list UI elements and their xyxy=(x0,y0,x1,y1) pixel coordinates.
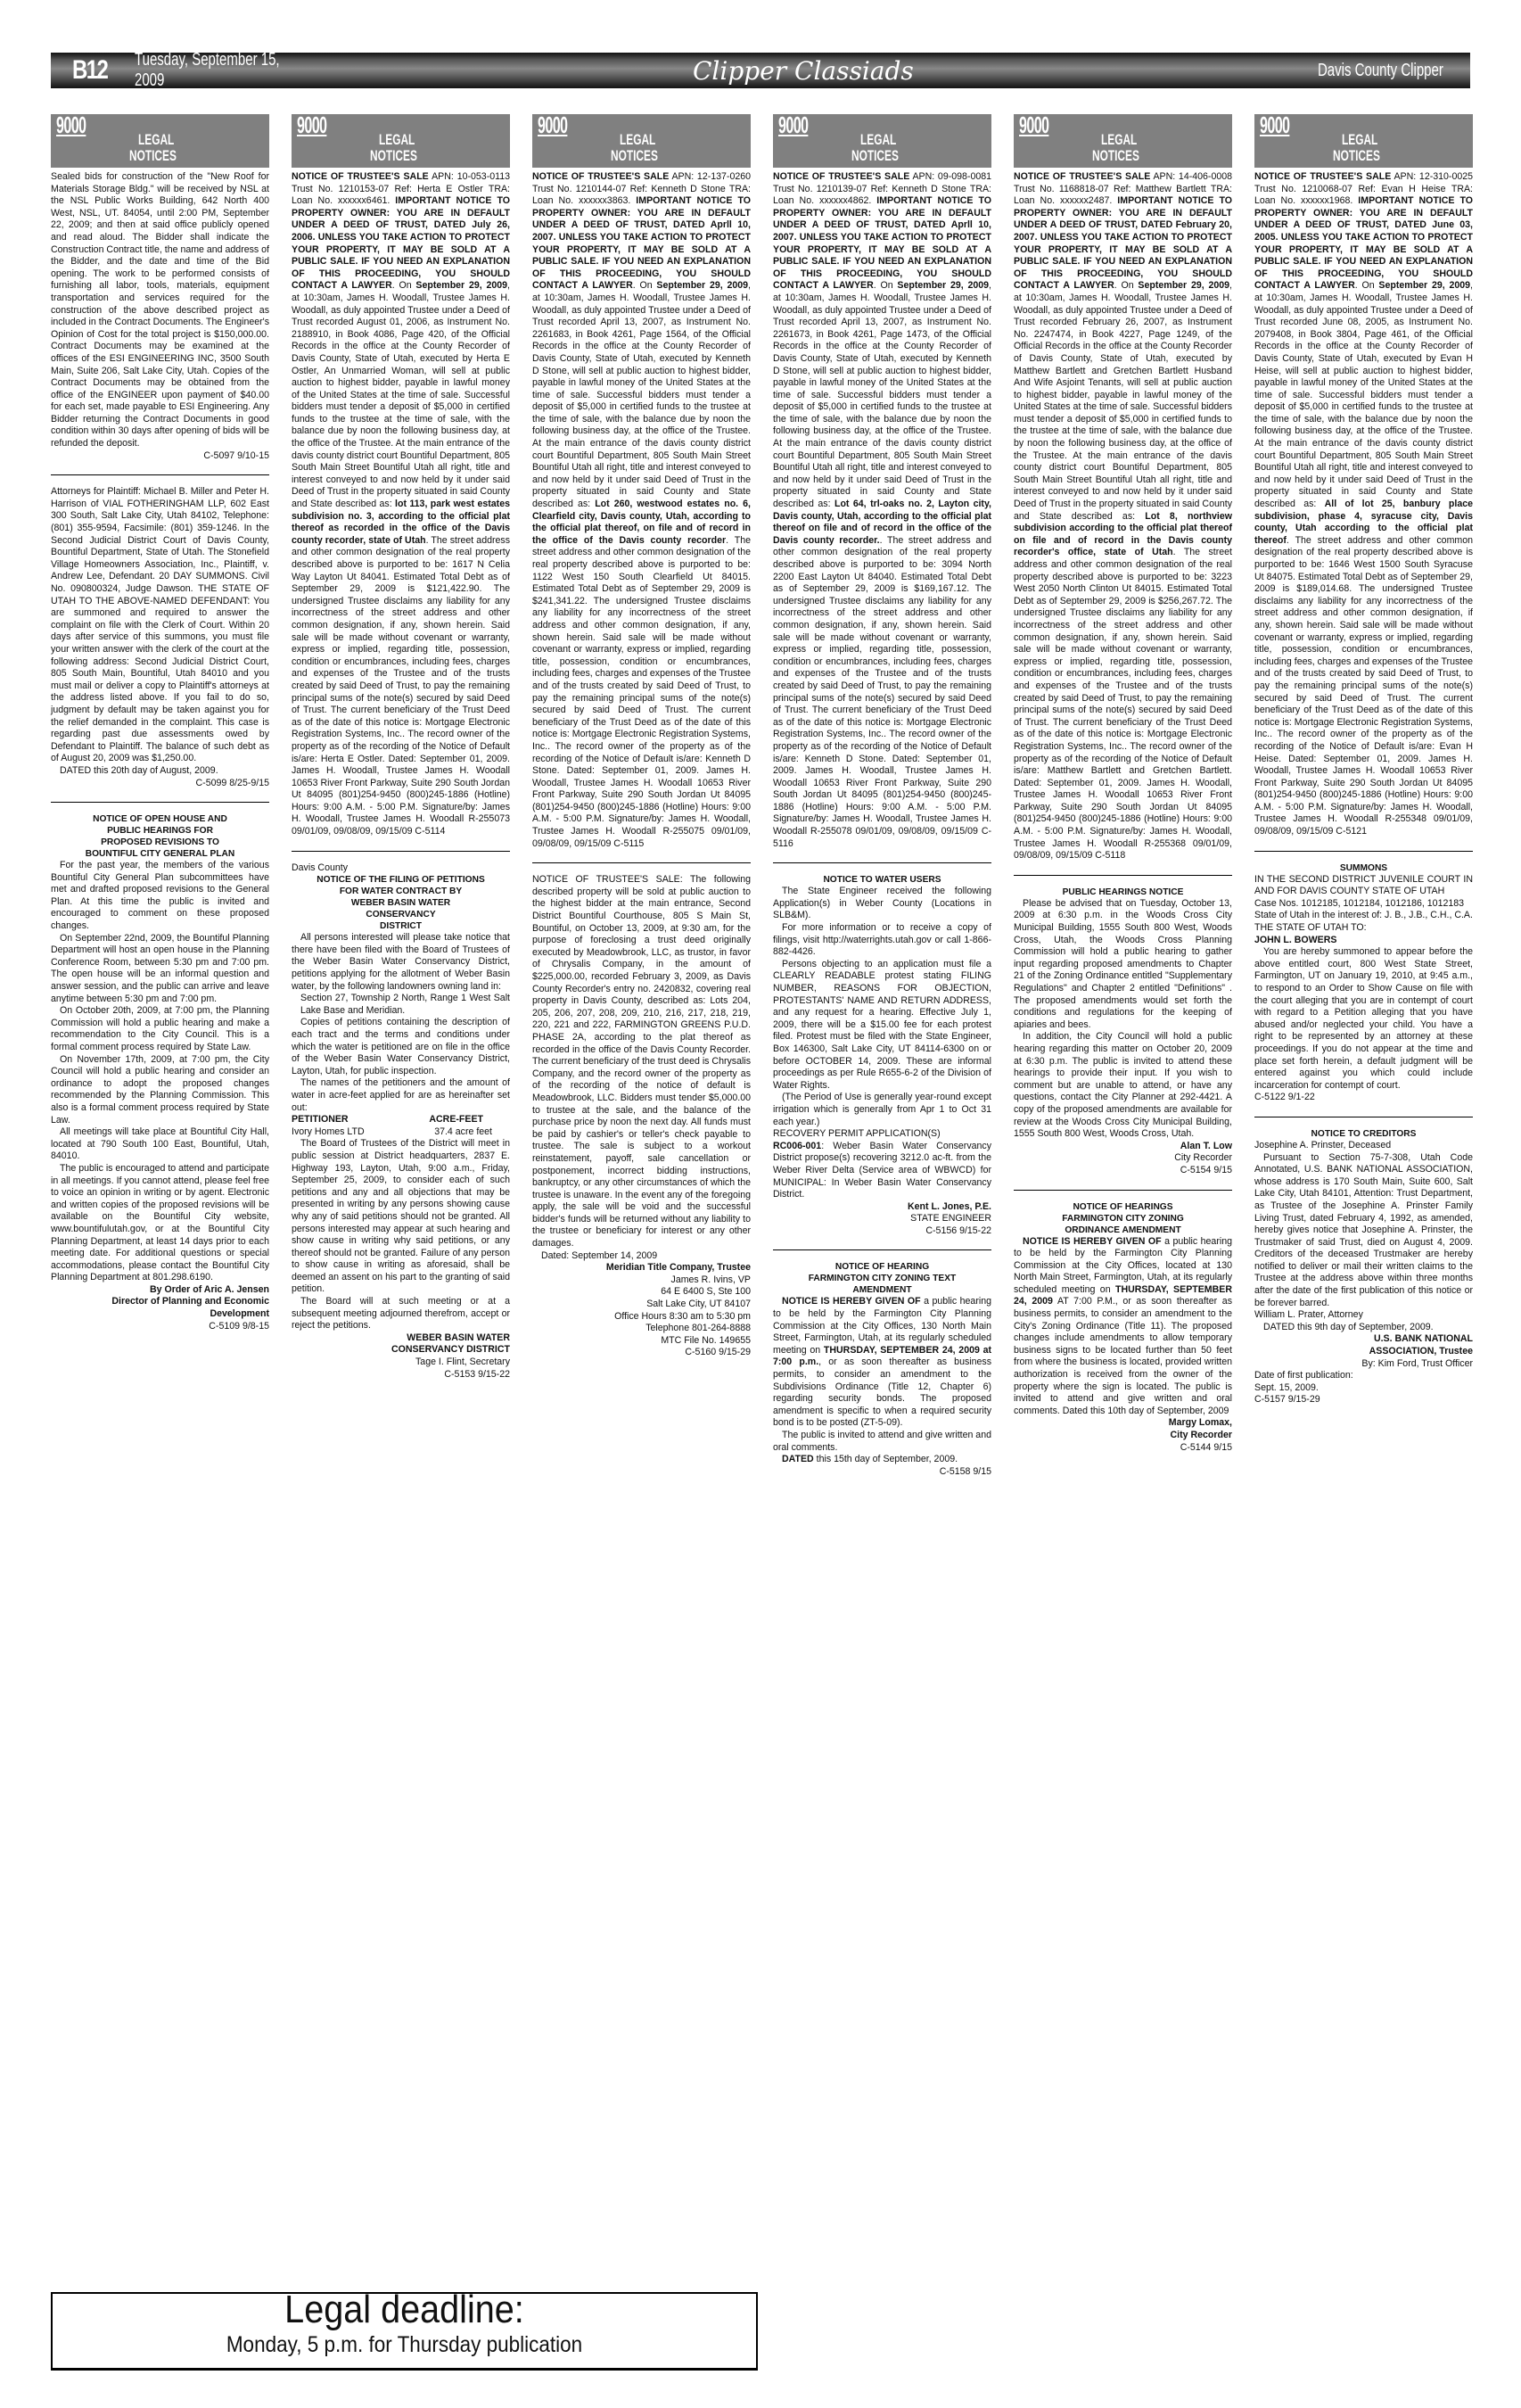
notice-code: C-5099 8/25-9/15 xyxy=(51,778,269,790)
legal-notices-banner: 9000 LEGAL NOTICES xyxy=(1254,114,1473,168)
notice-heading: NOTICE OF HEARING xyxy=(773,1261,991,1273)
notice-trustee-sale-stone-1: NOTICE OF TRUSTEE'S SALE APN: 12-137-026… xyxy=(532,171,751,850)
sale-date: September 29, 2009 xyxy=(656,280,748,291)
notice-heading: NOTICE OF THE FILING OF PETITIONS xyxy=(292,874,510,886)
notice-heading: ORDINANCE AMENDMENT xyxy=(1014,1225,1232,1236)
category-label-1: LEGAL xyxy=(1342,134,1377,146)
category-label-1: LEGAL xyxy=(379,134,415,146)
column-1: 9000 LEGAL NOTICES Sealed bids for const… xyxy=(51,114,269,1338)
column-3: 9000 LEGAL NOTICES NOTICE OF TRUSTEE'S S… xyxy=(532,114,751,1365)
notice-trustee-sale-stone-2: NOTICE OF TRUSTEE'S SALE APN: 09-098-008… xyxy=(773,171,991,850)
notice-heading: AMENDMENT xyxy=(773,1284,991,1296)
masthead: B12 Tuesday, September 15, 2009 Clipper … xyxy=(51,53,1470,88)
category-label-2: NOTICES xyxy=(129,150,177,162)
category-label-1: LEGAL xyxy=(138,134,174,146)
category-label-2: NOTICES xyxy=(611,150,658,162)
notice-lead: NOTICE OF TRUSTEE'S SALE xyxy=(292,171,429,182)
notice-code: C-5157 9/15-29 xyxy=(1254,1394,1473,1406)
divider xyxy=(1014,875,1232,876)
notice-code: C-5122 9/1-22 xyxy=(1254,1092,1473,1104)
notice-summons-bowers: SUMMONS IN THE SECOND DISTRICT JUVENILE … xyxy=(1254,862,1473,1104)
column-4: 9000 LEGAL NOTICES NOTICE OF TRUSTEE'S S… xyxy=(773,114,991,1483)
sale-date: September 29, 2009 xyxy=(415,280,507,291)
notice-paragraph: On October 20th, 2009, at 7:00 pm, the P… xyxy=(51,1005,269,1053)
divider xyxy=(1254,1117,1473,1117)
sale-date: September 29, 2009 xyxy=(897,280,989,291)
divider xyxy=(51,474,269,475)
divider xyxy=(51,802,269,803)
divider xyxy=(773,1249,991,1250)
notice-dated: DATED this 20th day of August, 2009. xyxy=(51,765,269,778)
notice-heading: PUBLIC HEARINGS FOR xyxy=(51,825,269,837)
deadline-subtitle: Monday, 5 p.m. for Thursday publication xyxy=(87,2331,720,2358)
notice-heading: FOR WATER CONTRACT BY xyxy=(292,886,510,897)
notice-lead: NOTICE OF TRUSTEE'S SALE xyxy=(1254,171,1391,182)
notice-trustee-sale-meadowbrook: NOTICE OF TRUSTEE'S SALE: The following … xyxy=(532,874,751,1359)
legal-deadline-box: Legal deadline: Monday, 5 p.m. for Thurs… xyxy=(51,2292,758,2371)
notice-heading: NOTICE OF OPEN HOUSE AND xyxy=(51,813,269,825)
notice-trustee-sale-heise: NOTICE OF TRUSTEE'S SALE APN: 12-310-002… xyxy=(1254,171,1473,838)
legal-notices-banner: 9000 LEGAL NOTICES xyxy=(532,114,751,168)
notice-code: C-5097 9/10-15 xyxy=(51,450,269,463)
notice-lead: NOTICE OF TRUSTEE'S SALE xyxy=(1014,171,1150,182)
important-notice: IMPORTANT NOTICE TO PROPERTY OWNER: YOU … xyxy=(773,195,991,291)
section-title: Clipper Classiads xyxy=(693,56,914,86)
notice-heading: DISTRICT xyxy=(292,920,510,932)
important-notice: IMPORTANT NOTICE TO PROPERTY OWNER: YOU … xyxy=(532,195,751,291)
notice-paragraph: On September 22nd, 2009, the Bountiful P… xyxy=(51,933,269,1006)
divider xyxy=(292,851,510,852)
notice-heading: NOTICE TO CREDITORS xyxy=(1254,1128,1473,1140)
important-notice: IMPORTANT NOTICE TO PROPERTY OWNER: YOU … xyxy=(1254,195,1473,291)
notice-trustee-sale-ostler: NOTICE OF TRUSTEE'S SALE APN: 10-053-011… xyxy=(292,171,510,838)
legal-notices-banner: 9000 LEGAL NOTICES xyxy=(773,114,991,168)
divider xyxy=(532,862,751,863)
notice-public-hearings-woods-cross: PUBLIC HEARINGS NOTICE Please be advised… xyxy=(1014,887,1232,1177)
category-number: 9000 xyxy=(538,120,567,132)
category-label-2: NOTICES xyxy=(1333,150,1380,162)
column-2: 9000 LEGAL NOTICES NOTICE OF TRUSTEE'S S… xyxy=(292,114,510,1386)
notice-heading: NOTICE OF HEARINGS xyxy=(1014,1201,1232,1213)
category-label-1: LEGAL xyxy=(860,134,896,146)
important-notice: IMPORTANT NOTICE TO PROPERTY OWNER: YOU … xyxy=(1014,195,1232,291)
legal-notices-banner: 9000 LEGAL NOTICES xyxy=(51,114,269,168)
legal-notices-banner: 9000 LEGAL NOTICES xyxy=(1014,114,1232,168)
notice-farmington-text-amendment: NOTICE OF HEARING FARMINGTON CITY ZONING… xyxy=(773,1261,991,1478)
notice-paragraph: On November 17th, 2009, at 7:00 pm, the … xyxy=(51,1054,269,1127)
sale-date: September 29, 2009 xyxy=(1378,280,1470,291)
category-label-2: NOTICES xyxy=(851,150,899,162)
notice-paragraph: The public is encouraged to attend and p… xyxy=(51,1163,269,1284)
notice-body: Attorneys for Plaintiff: Michael B. Mill… xyxy=(51,486,269,765)
column-6: 9000 LEGAL NOTICES NOTICE OF TRUSTEE'S S… xyxy=(1254,114,1473,1412)
notice-heading: WEBER BASIN WATER xyxy=(292,897,510,909)
notice-farmington-zoning-ordinance: NOTICE OF HEARINGS FARMINGTON CITY ZONIN… xyxy=(1014,1201,1232,1455)
notice-heading: FARMINGTON CITY ZONING TEXT xyxy=(773,1273,991,1284)
notice-trustee-sale-bartlett: NOTICE OF TRUSTEE'S SALE APN: 14-406-000… xyxy=(1014,171,1232,862)
notice-heading: NOTICE TO WATER USERS xyxy=(773,874,991,886)
category-number: 9000 xyxy=(1019,120,1048,132)
notice-weber-basin-petitions: Davis County NOTICE OF THE FILING OF PET… xyxy=(292,862,510,1381)
deadline-title: Legal deadline: xyxy=(87,2288,720,2331)
petition-table-header: PETITIONER ACRE-FEET xyxy=(292,1114,510,1126)
issue-date: Tuesday, September 15, 2009 xyxy=(135,50,308,91)
notice-heading: CONSERVANCY xyxy=(292,909,510,920)
notice-heading: PUBLIC HEARINGS NOTICE xyxy=(1014,887,1232,898)
notice-signature: Director of Planning and Economic Develo… xyxy=(51,1296,269,1320)
notice-signature: By Order of Aric A. Jensen xyxy=(51,1284,269,1297)
notice-lead: NOTICE OF TRUSTEE'S SALE xyxy=(532,171,669,182)
notice-body: Sealed bids for construction of the "New… xyxy=(51,171,269,450)
notice-general-plan: NOTICE OF OPEN HOUSE AND PUBLIC HEARINGS… xyxy=(51,813,269,1332)
notice-code: C-5160 9/15-29 xyxy=(532,1347,751,1359)
notice-code: C-5109 9/8-15 xyxy=(51,1321,269,1333)
notice-heading: PROPOSED REVISIONS TO xyxy=(51,837,269,848)
divider xyxy=(1254,851,1473,852)
category-label-2: NOTICES xyxy=(370,150,417,162)
notice-heading: SUMMONS xyxy=(1254,862,1473,874)
page-number: B12 xyxy=(72,55,122,86)
notice-code: C-5154 9/15 xyxy=(1014,1165,1232,1177)
category-number: 9000 xyxy=(778,120,808,132)
category-number: 9000 xyxy=(1260,120,1289,132)
category-number: 9000 xyxy=(297,120,326,132)
notice-paragraph: All meetings will take place at Bountifu… xyxy=(51,1126,269,1163)
sale-date: September 29, 2009 xyxy=(1138,280,1229,291)
category-label-1: LEGAL xyxy=(620,134,655,146)
legal-notices-banner: 9000 LEGAL NOTICES xyxy=(292,114,510,168)
notice-code: C-5158 9/15 xyxy=(773,1466,991,1479)
divider xyxy=(1014,1190,1232,1191)
notice-paragraph: For the past year, the members of the va… xyxy=(51,860,269,933)
notice-code: C-5156 9/15-22 xyxy=(773,1225,991,1238)
notice-lead: NOTICE OF TRUSTEE'S SALE xyxy=(773,171,909,182)
category-label-2: NOTICES xyxy=(1092,150,1139,162)
notice-sealed-bids: Sealed bids for construction of the "New… xyxy=(51,171,269,462)
important-notice: IMPORTANT NOTICE TO PROPERTY OWNER: YOU … xyxy=(292,195,510,291)
notice-summons-stonefield: Attorneys for Plaintiff: Michael B. Mill… xyxy=(51,486,269,789)
notice-heading: FARMINGTON CITY ZONING xyxy=(1014,1213,1232,1225)
divider xyxy=(773,862,991,863)
notice-code: C-5144 9/15 xyxy=(1014,1442,1232,1455)
paper-name: Davis County Clipper xyxy=(1318,61,1443,81)
notice-to-creditors: NOTICE TO CREDITORS Josephine A. Prinste… xyxy=(1254,1128,1473,1406)
notice-code: C-5153 9/15-22 xyxy=(292,1369,510,1381)
petition-table-row: Ivory Homes LTD 37.4 acre feet xyxy=(292,1126,510,1139)
notice-water-users: NOTICE TO WATER USERS The State Engineer… xyxy=(773,874,991,1237)
column-5: 9000 LEGAL NOTICES NOTICE OF TRUSTEE'S S… xyxy=(1014,114,1232,1459)
category-number: 9000 xyxy=(56,120,86,132)
notice-heading: BOUNTIFUL CITY GENERAL PLAN xyxy=(51,848,269,860)
category-label-1: LEGAL xyxy=(1101,134,1137,146)
